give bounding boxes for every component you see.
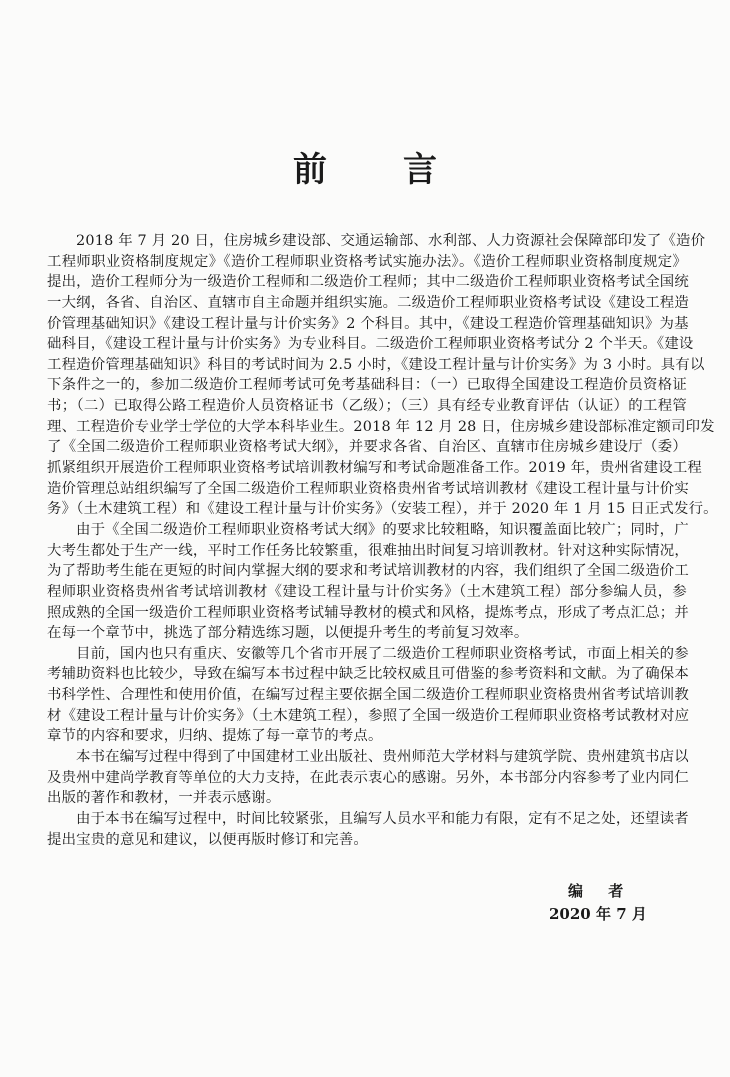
text-line: 书科学性、合理性和使用价值，在编写过程主要依据全国二级造价工程师职业资格贵州省考… (47, 685, 687, 706)
text-line: 由于本书在编写过程中，时间比较紧张，且编写人员水平和能力有限，定有不足之处，还望… (47, 809, 687, 830)
text-line: 造价管理总站组织编写了全国二级造价工程师职业资格贵州省考试培训教材《建设工程计量… (47, 479, 687, 500)
text-line: 提出宝贵的意见和建议，以便再版时修订和完善。 (47, 830, 687, 851)
title-char: 前 (293, 142, 327, 191)
title-char: 言 (403, 142, 437, 191)
text-line: 程师职业资格贵州省考试培训教材《建设工程计量与计价实务》（土木建筑工程）部分参编… (47, 582, 687, 603)
preface-body: 2018 年 7 月 20 日，住房城乡建设部、交通运输部、水利部、人力资源社会… (47, 231, 687, 850)
text-line: 2018 年 7 月 20 日，住房城乡建设部、交通运输部、水利部、人力资源社会… (47, 231, 687, 252)
text-line: 一大纲，各省、自治区、直辖市自主命题并组织实施。二级造价工程师职业资格考试设《建… (47, 293, 687, 314)
text-line: 工程造价管理基础知识》科目的考试时间为 2.5 小时，《建设工程计量与计价实务》… (47, 355, 687, 376)
text-line: 目前，国内也只有重庆、安徽等几个省市开展了二级造价工程师职业资格考试，市面上相关… (47, 644, 687, 665)
text-line: 价管理基础知识》《建设工程计量与计价实务》2 个科目。其中，《建设工程造价管理基… (47, 314, 687, 335)
text-line: 照成熟的全国一级造价工程师职业资格考试辅导教材的模式和风格，提炼考点，形成了考点… (47, 603, 687, 624)
text-line: 抓紧组织开展造价工程师职业资格考试培训教材编写和考试命题准备工作。2019 年，… (47, 458, 687, 479)
paragraph: 由于本书在编写过程中，时间比较紧张，且编写人员水平和能力有限，定有不足之处，还望… (47, 809, 687, 850)
paragraph: 本书在编写过程中得到了中国建材工业出版社、贵州师范大学材料与建筑学院、贵州建筑书… (47, 747, 687, 809)
text-line: 大考生都处于生产一线，平时工作任务比较繁重，很难抽出时间复习培训教材。针对这种实… (47, 541, 687, 562)
paragraph: 由于《全国二级造价工程师职业资格考试大纲》的要求比较粗略，知识覆盖面比较广；同时… (47, 520, 687, 644)
text-line: 理、工程造价专业学士学位的大学本科毕业生。2018 年 12 月 28 日，住房… (47, 417, 687, 438)
text-line: 务》（土木建筑工程）和《建设工程计量与计价实务》（安装工程），并于 2020 年… (47, 499, 687, 520)
document-page: 前言 2018 年 7 月 20 日，住房城乡建设部、交通运输部、水利部、人力资… (0, 0, 730, 1077)
text-line: 在每一个章节中，挑选了部分精选练习题，以便提升考生的考前复习效率。 (47, 623, 687, 644)
text-line: 由于《全国二级造价工程师职业资格考试大纲》的要求比较粗略，知识覆盖面比较广；同时… (47, 520, 687, 541)
text-line: 为了帮助考生能在更短的时间内掌握大纲的要求和考试培训教材的内容，我们组织了全国二… (47, 561, 687, 582)
text-line: 出版的著作和教材，一并表示感谢。 (47, 788, 687, 809)
text-line: 础科目，《建设工程计量与计价实务》为专业科目。二级造价工程师职业资格考试分 2 … (47, 334, 687, 355)
text-line: 材《建设工程计量与计价实务》（土木建筑工程），参照了全国一级造价工程师职业资格考… (47, 706, 687, 727)
text-line: 了《全国二级造价工程师职业资格考试大纲》，并要求各省、自治区、直辖市住房城乡建设… (47, 437, 687, 458)
text-line: 章节的内容和要求，归纳、提炼了每一章节的考点。 (47, 726, 687, 747)
text-line: 下条件之一的，参加二级造价工程师考试可免考基础科目：（一）已取得全国建设工程造价… (47, 375, 687, 396)
signature-editor: 编 者 (568, 880, 633, 901)
text-line: 工程师职业资格制度规定》《造价工程师职业资格考试实施办法》。《造价工程师职业资格… (47, 252, 687, 273)
text-line: 考辅助资料也比较少，导致在编写本书过程中缺乏比较权威且可借鉴的参考资料和文献。为… (47, 664, 687, 685)
paragraph: 目前，国内也只有重庆、安徽等几个省市开展了二级造价工程师职业资格考试，市面上相关… (47, 644, 687, 747)
page-title: 前言 (0, 142, 730, 191)
text-line: 及贵州中建尚学教育等单位的大力支持，在此表示衷心的感谢。另外，本书部分内容参考了… (47, 768, 687, 789)
signature-date: 2020 年 7 月 (549, 903, 647, 924)
paragraph: 2018 年 7 月 20 日，住房城乡建设部、交通运输部、水利部、人力资源社会… (47, 231, 687, 520)
text-line: 提出，造价工程师分为一级造价工程师和二级造价工程师；其中二级造价工程师职业资格考… (47, 272, 687, 293)
text-line: 书；（二）已取得公路工程造价人员资格证书（乙级）；（三）具有经专业教育评估（认证… (47, 396, 687, 417)
text-line: 本书在编写过程中得到了中国建材工业出版社、贵州师范大学材料与建筑学院、贵州建筑书… (47, 747, 687, 768)
